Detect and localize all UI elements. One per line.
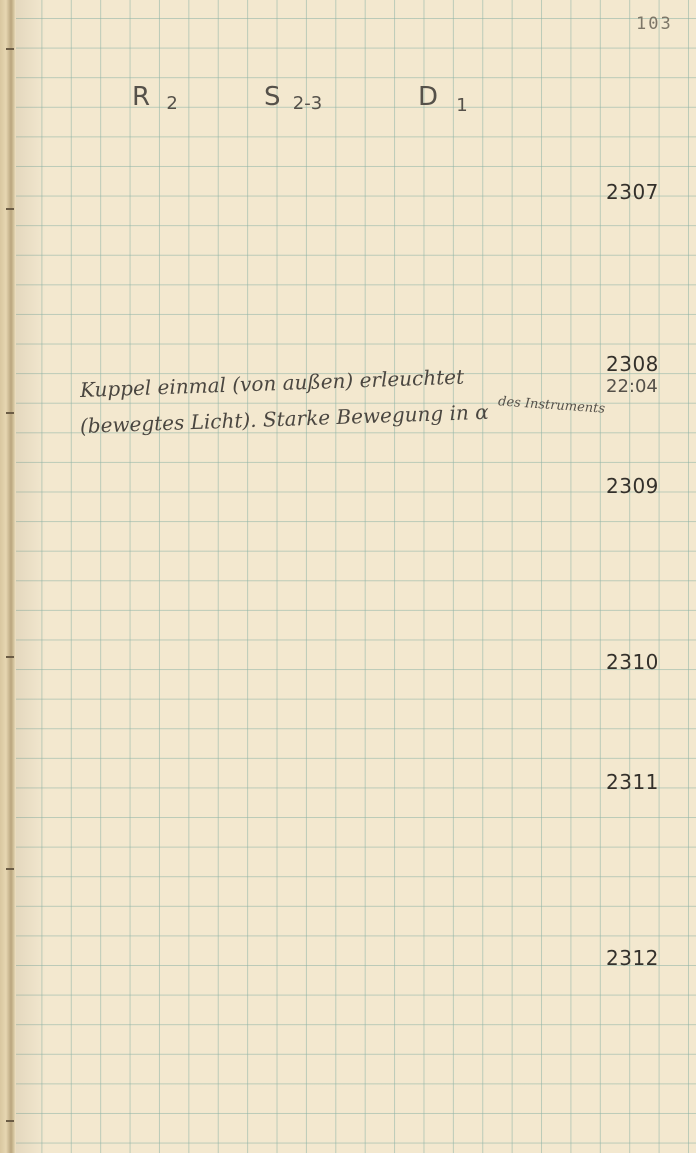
page-number: 103: [636, 14, 673, 34]
notebook-page: 103 R 2 S 2-3 D 1 2307 2308 22:04 2309 2…: [0, 0, 696, 1153]
binding-stitch: [6, 656, 14, 658]
note-insertion: des Instruments: [498, 394, 606, 416]
binding-stitch: [6, 868, 14, 870]
header-d-label: D: [418, 82, 438, 112]
frame-number: 2307: [606, 180, 659, 204]
header-r: R 2: [132, 82, 178, 112]
header-s-value: 2-3: [293, 93, 322, 114]
header-r-value: 2: [166, 93, 177, 114]
binding-stitch: [6, 1120, 14, 1122]
note-line-1: Kuppel einmal (von außen) erleuchtet: [80, 365, 465, 402]
binding-stitch: [6, 208, 14, 210]
notebook-binding: [0, 0, 16, 1153]
frame-number: 2310: [606, 650, 659, 674]
binding-stitch: [6, 412, 14, 414]
header-s: S 2-3: [264, 82, 322, 112]
frame-number: 2308: [606, 352, 659, 376]
frame-number: 2311: [606, 770, 659, 794]
header-d-value: 1: [456, 95, 467, 116]
page-fold-shadow: [16, 0, 46, 1153]
frame-number: 2312: [606, 946, 659, 970]
frame-number: 2309: [606, 474, 659, 498]
header-s-label: S: [264, 82, 281, 112]
note-line-2: (bewegtes Licht). Starke Bewegung in α: [80, 400, 489, 438]
header-r-label: R: [132, 82, 150, 112]
binding-stitch: [6, 48, 14, 50]
frame-time: 22:04: [606, 376, 658, 397]
header-d: D 1: [418, 82, 468, 112]
